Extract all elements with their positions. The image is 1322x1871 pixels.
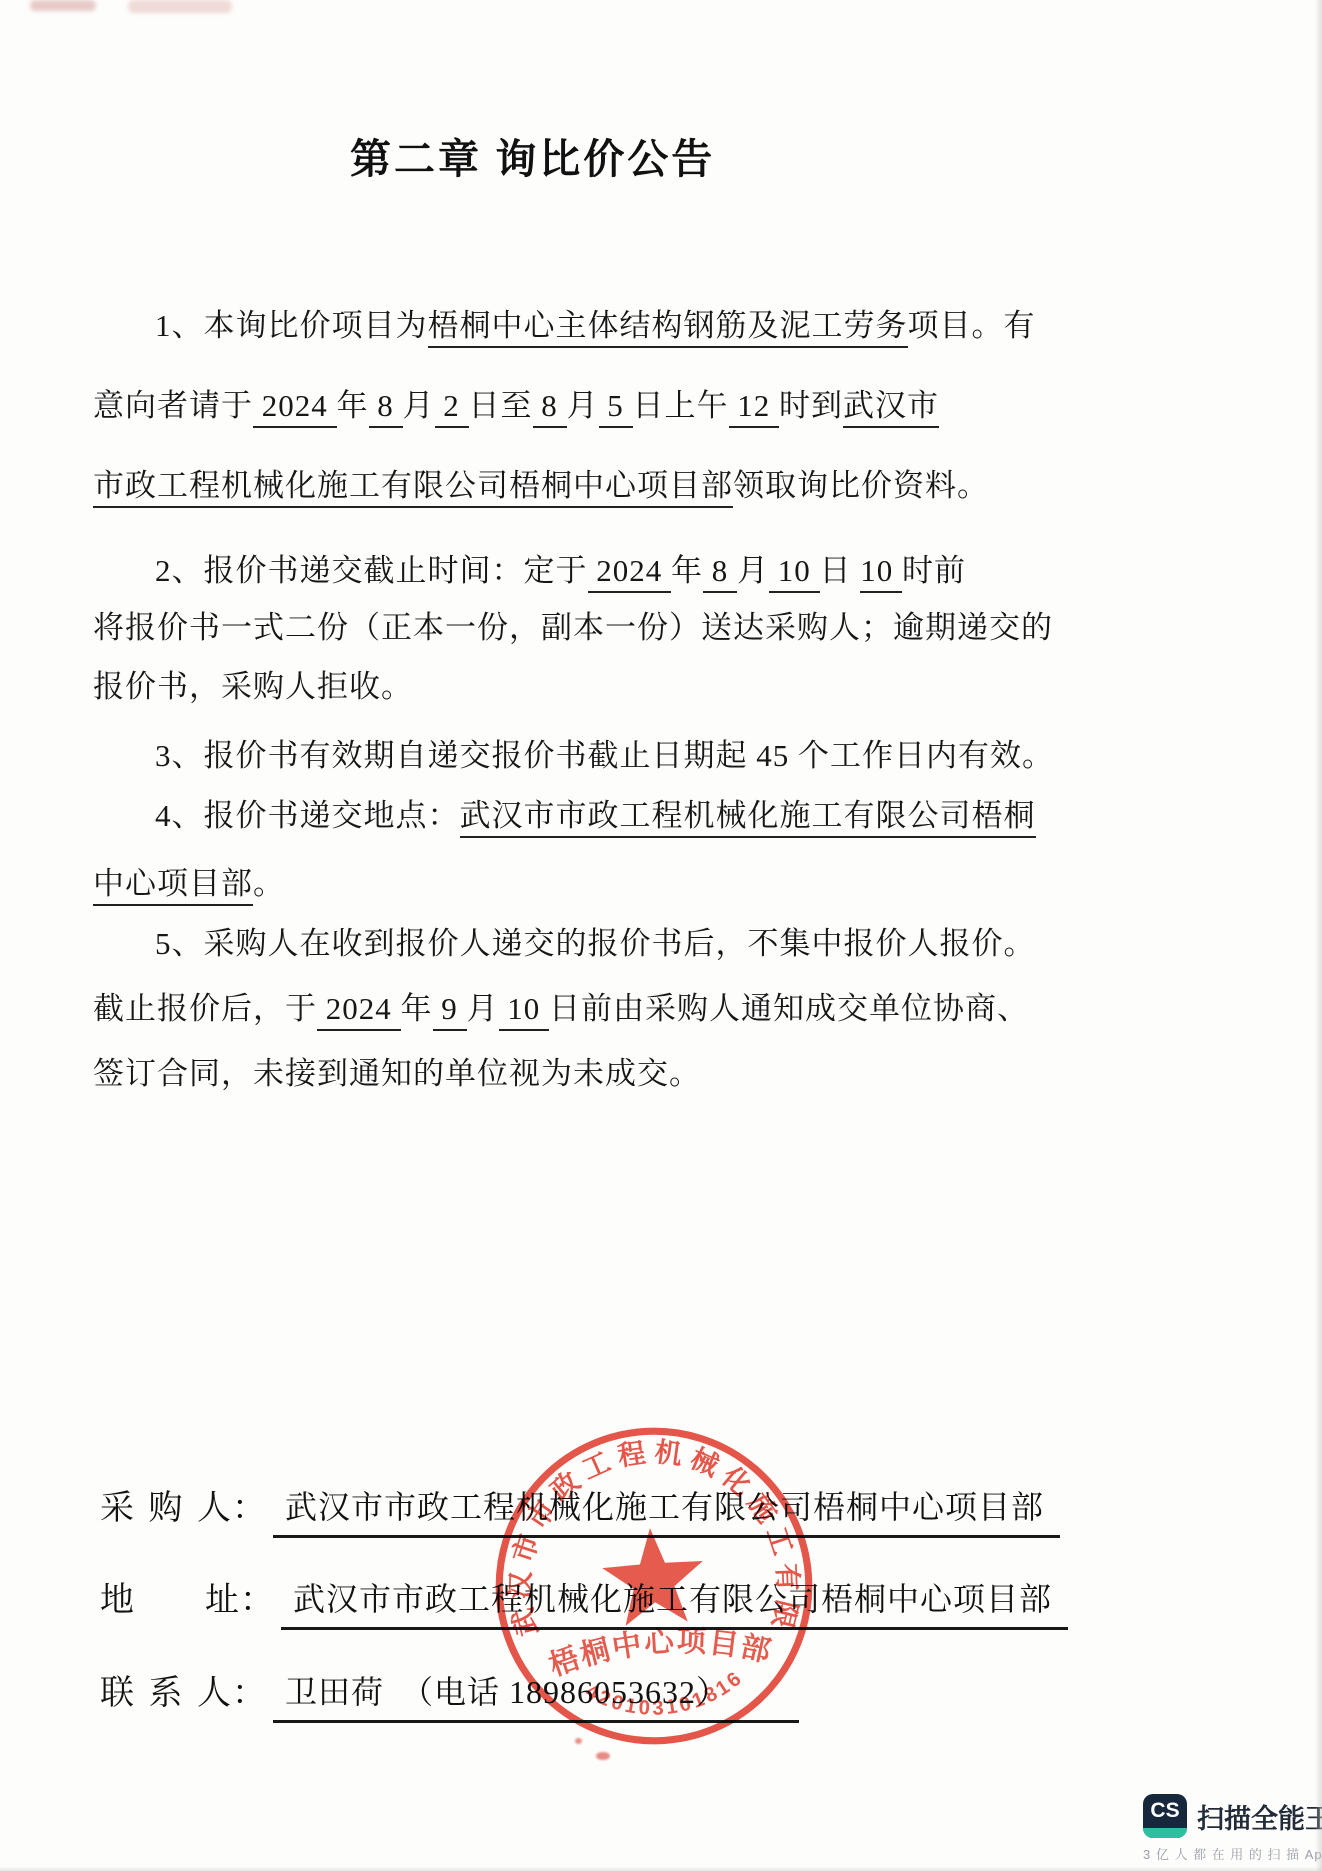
text-segment: 4、报价书递交地点：: [155, 798, 460, 833]
ink-speckle: [575, 1738, 582, 1744]
text-segment: 时到: [779, 388, 843, 423]
underlined-text-segment: 2024: [588, 553, 672, 593]
official-red-seal: 武汉市市政工程机械化施工有限公司 梧桐中心项目部 4201031018166: [475, 1407, 834, 1766]
underlined-text-segment: 10: [860, 553, 902, 593]
contact-label: 联 系 人：: [100, 1665, 267, 1714]
red-ink-smudge: [30, 0, 96, 11]
svg-text:武汉市市政工程机械化施工有限公司: 武汉市市政工程机械化施工有限公司: [475, 1407, 808, 1661]
underlined-text-segment: 5: [599, 388, 633, 428]
body-line: 5、采购人在收到报价人递交的报价书后，不集中报价人报价。: [93, 918, 1095, 963]
text-segment: 月: [403, 388, 435, 423]
text-segment: 报价书，采购人拒收。: [93, 669, 413, 704]
underlined-text-segment: 武汉市市政工程机械化施工有限公司梧桐: [460, 798, 1036, 838]
underlined-text-segment: 2: [435, 388, 469, 428]
text-segment: 将报价书一式二份（正本一份，副本一份）送达采购人；逾期递交的: [93, 610, 1053, 645]
underlined-text-segment: 10: [769, 553, 820, 593]
underlined-text-segment: 梧桐中心主体结构钢筋及泥工劳务: [428, 308, 908, 348]
text-segment: 签订合同，未接到通知的单位视为未成交。: [93, 1056, 701, 1091]
body-line: 意向者请于 2024 年 8 月 2 日至 8 月 5 日上午 12 时到武汉市: [93, 380, 1033, 425]
underlined-text-segment: 中心项目部: [93, 866, 253, 906]
underlined-text-segment: 10: [499, 991, 550, 1031]
underlined-text-segment: 9: [433, 991, 467, 1031]
body-line: 报价书，采购人拒收。: [93, 661, 1033, 706]
camscanner-app-name: 扫描全能王™: [1197, 1797, 1322, 1836]
purchaser-label: 采 购 人：: [100, 1480, 267, 1529]
text-segment: 月: [467, 991, 499, 1026]
text-segment: 3、报价书有效期自递交报价书截止日期起 45 个工作日内有效。: [155, 738, 1054, 773]
underlined-text-segment: 市政工程机械化施工有限公司梧桐中心项目部: [93, 468, 733, 508]
svg-text:梧桐中心项目部: 梧桐中心项目部: [544, 1618, 778, 1685]
text-segment: 日上午: [633, 388, 729, 423]
seal-company-text: 武汉市市政工程机械化施工有限公司: [475, 1407, 808, 1661]
text-segment: 年: [671, 553, 703, 588]
text-segment: 。: [253, 866, 285, 901]
underlined-text-segment: 2024: [317, 991, 401, 1031]
body-line: 2、报价书递交截止时间：定于 2024 年 8 月 10 日 10 时前: [93, 545, 1095, 590]
text-segment: 日: [820, 553, 861, 588]
page-title: 第二章 询比价公告: [350, 126, 715, 185]
text-segment: 月: [567, 388, 599, 423]
body-line: 截止报价后，于 2024 年 9 月 10 日前由采购人通知成交单位协商、: [93, 983, 1033, 1028]
text-segment: 领取询比价资料。: [733, 468, 989, 503]
text-segment: 年: [337, 388, 369, 423]
text-segment: 日前由采购人通知成交单位协商、: [549, 991, 1029, 1026]
camscanner-watermark: CS 扫描全能王™ 3 亿 人 都 在 用 的 扫 描 App: [1143, 1794, 1313, 1863]
text-segment: 项目。有: [908, 308, 1036, 343]
underlined-text-segment: 12: [729, 388, 780, 428]
address-label: 地 址：: [100, 1572, 275, 1621]
text-segment: 1、本询比价项目为: [155, 308, 428, 343]
body-line: 市政工程机械化施工有限公司梧桐中心项目部领取询比价资料。: [93, 460, 1033, 505]
body-line: 将报价书一式二份（正本一份，副本一份）送达采购人；逾期递交的: [93, 602, 1033, 647]
cs-logo-text: CS: [1150, 1794, 1179, 1827]
text-segment: 截止报价后，于: [93, 991, 317, 1026]
text-segment: 5、采购人在收到报价人递交的报价书后，不集中报价人报价。: [155, 926, 1036, 961]
camscanner-logo-icon: CS: [1143, 1794, 1187, 1838]
text-segment: 2、报价书递交截止时间：定于: [155, 553, 588, 588]
body-line: 4、报价书递交地点：武汉市市政工程机械化施工有限公司梧桐: [93, 790, 1095, 835]
seal-graphic: 武汉市市政工程机械化施工有限公司 梧桐中心项目部 4201031018166: [475, 1407, 834, 1766]
body-line: 中心项目部。: [93, 858, 1033, 903]
body-line: 1、本询比价项目为梧桐中心主体结构钢筋及泥工劳务项目。有: [93, 300, 1095, 345]
text-segment: 意向者请于: [93, 388, 253, 423]
scanned-document-page: 第二章 询比价公告 1、本询比价项目为梧桐中心主体结构钢筋及泥工劳务项目。有意向…: [0, 0, 1322, 1871]
text-segment: 日至: [469, 388, 533, 423]
underlined-text-segment: 8: [533, 388, 567, 428]
app-name-text: 扫描全能王: [1197, 1804, 1322, 1834]
seal-star-icon: [600, 1525, 707, 1628]
underlined-text-segment: 8: [369, 388, 403, 428]
text-segment: 年: [401, 991, 433, 1026]
red-ink-smudge: [128, 0, 232, 13]
text-segment: 时前: [902, 553, 966, 588]
body-line: 3、报价书有效期自递交报价书截止日期起 45 个工作日内有效。: [93, 730, 1095, 775]
camscanner-tagline: 3 亿 人 都 在 用 的 扫 描 App: [1143, 1844, 1313, 1863]
ink-speckle: [596, 1752, 610, 1760]
underlined-text-segment: 2024: [253, 388, 337, 428]
text-segment: 月: [737, 553, 769, 588]
seal-project-text: 梧桐中心项目部: [544, 1618, 778, 1685]
underlined-text-segment: 8: [703, 553, 737, 593]
body-line: 签订合同，未接到通知的单位视为未成交。: [93, 1048, 1033, 1093]
underlined-text-segment: 武汉市: [843, 388, 939, 428]
